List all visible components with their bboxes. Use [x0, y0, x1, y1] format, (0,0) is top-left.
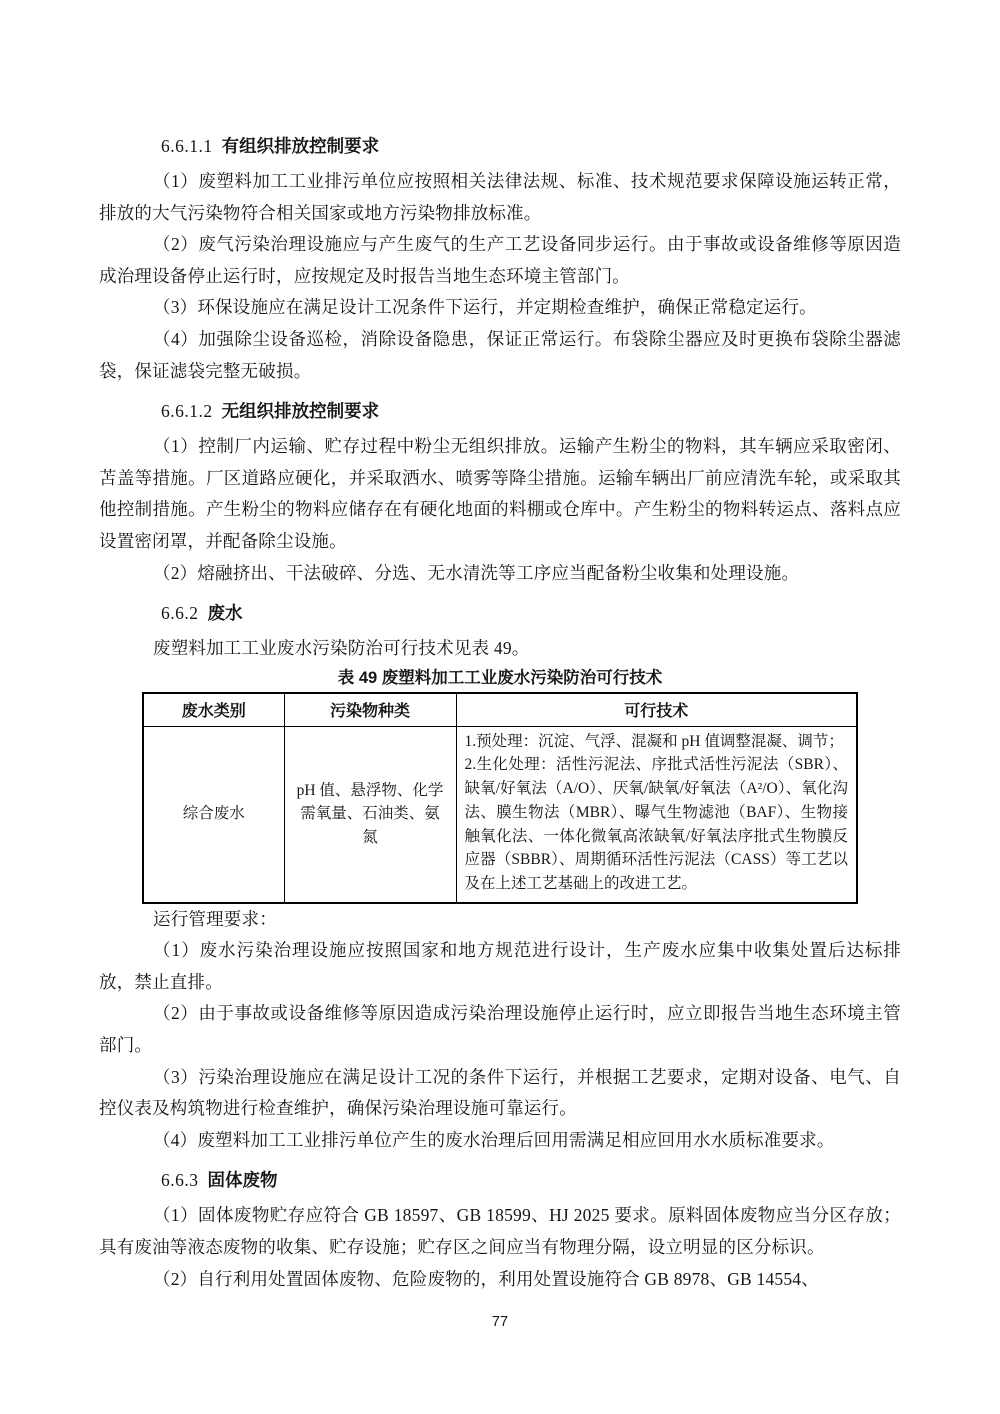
body-paragraph: （4）废塑料加工工业排污单位产生的废水治理后回用需满足相应回用水水质标准要求。 [99, 1125, 901, 1157]
body-paragraph: （2）熔融挤出、干法破碎、分选、无水清洗等工序应当配备粉尘收集和处理设施。 [99, 558, 901, 590]
column-header-wastewater-category: 废水类别 [143, 693, 284, 727]
technology-pretreatment-line: 1.预处理：沉淀、气浮、混凝和 pH 值调整混凝、调节； [465, 730, 849, 754]
clause-number: 6.6.2 [161, 603, 199, 623]
technology-biochemical-line: 2.生化处理：活性污泥法、序批式活性污泥法（SBR）、缺氧/好氧法（A/O）、厌… [465, 753, 849, 895]
clause-number: 6.6.1.2 [161, 401, 213, 421]
body-paragraph: （2）自行利用处置固体废物、危险废物的，利用处置设施符合 GB 8978、GB … [99, 1264, 901, 1296]
body-paragraph: （3）污染治理设施应在满足设计工况的条件下运行，并根据工艺要求，定期对设备、电气… [99, 1062, 901, 1125]
clause-number: 6.6.1.1 [161, 136, 213, 156]
clause-title: 废水 [208, 603, 243, 623]
page-number: 77 [0, 1314, 1000, 1330]
table-49-wastewater-technologies: 废水类别 污染物种类 可行技术 综合废水 pH 值、悬浮物、化学需氧量、石油类、… [142, 692, 858, 904]
body-paragraph: （3）环保设施应在满足设计工况条件下运行，并定期检查维护，确保正常稳定运行。 [99, 292, 901, 324]
page-content: 6.6.1.1有组织排放控制要求 （1）废塑料加工工业排污单位应按照相关法律法规… [99, 122, 901, 1295]
column-header-feasible-technology: 可行技术 [456, 693, 857, 727]
feasible-technology-cell: 1.预处理：沉淀、气浮、混凝和 pH 值调整混凝、调节； 2.生化处理：活性污泥… [456, 726, 857, 902]
clause-title: 无组织排放控制要求 [222, 401, 380, 421]
document-page: { "content": { "h6611": { "num": "6.6.1.… [0, 0, 1000, 1414]
clause-heading-6-6-2: 6.6.2废水 [161, 600, 901, 626]
clause-number: 6.6.3 [161, 1170, 199, 1190]
clause-heading-6-6-1-1: 6.6.1.1有组织排放控制要求 [161, 133, 901, 159]
clause-heading-6-6-3: 6.6.3固体废物 [161, 1167, 901, 1193]
clause-title: 固体废物 [208, 1170, 278, 1190]
body-paragraph: （1）废塑料加工工业排污单位应按照相关法律法规、标准、技术规范要求保障设施运转正… [99, 166, 901, 229]
wastewater-category-cell: 综合废水 [143, 726, 284, 902]
body-paragraph: （1）废水污染治理设施应按照国家和地方规范进行设计，生产废水应集中收集处置后达标… [99, 935, 901, 998]
body-paragraph: （2）由于事故或设备维修等原因造成污染治理设施停止运行时，应立即报告当地生态环境… [99, 998, 901, 1061]
column-header-pollutant-types: 污染物种类 [284, 693, 456, 727]
table-header-row: 废水类别 污染物种类 可行技术 [143, 693, 857, 727]
body-paragraph: 运行管理要求： [99, 904, 901, 936]
body-paragraph: （1）固体废物贮存应符合 GB 18597、GB 18599、HJ 2025 要… [99, 1200, 901, 1263]
body-paragraph: （4）加强除尘设备巡检，消除设备隐患，保证正常运行。布袋除尘器应及时更换布袋除尘… [99, 324, 901, 387]
body-paragraph: （1）控制厂内运输、贮存过程中粉尘无组织排放。运输产生粉尘的物料，其车辆应采取密… [99, 431, 901, 557]
clause-title: 有组织排放控制要求 [222, 136, 380, 156]
pollutant-types-cell: pH 值、悬浮物、化学需氧量、石油类、氨氮 [284, 726, 456, 902]
clause-heading-6-6-1-2: 6.6.1.2无组织排放控制要求 [161, 398, 901, 424]
body-paragraph: 废塑料加工工业废水污染防治可行技术见表 49。 [99, 633, 901, 665]
body-paragraph: （2）废气污染治理设施应与产生废气的生产工艺设备同步运行。由于事故或设备维修等原… [99, 229, 901, 292]
table-caption: 表 49 废塑料加工工业废水污染防治可行技术 [99, 666, 901, 691]
table-row: 综合废水 pH 值、悬浮物、化学需氧量、石油类、氨氮 1.预处理：沉淀、气浮、混… [143, 726, 857, 902]
